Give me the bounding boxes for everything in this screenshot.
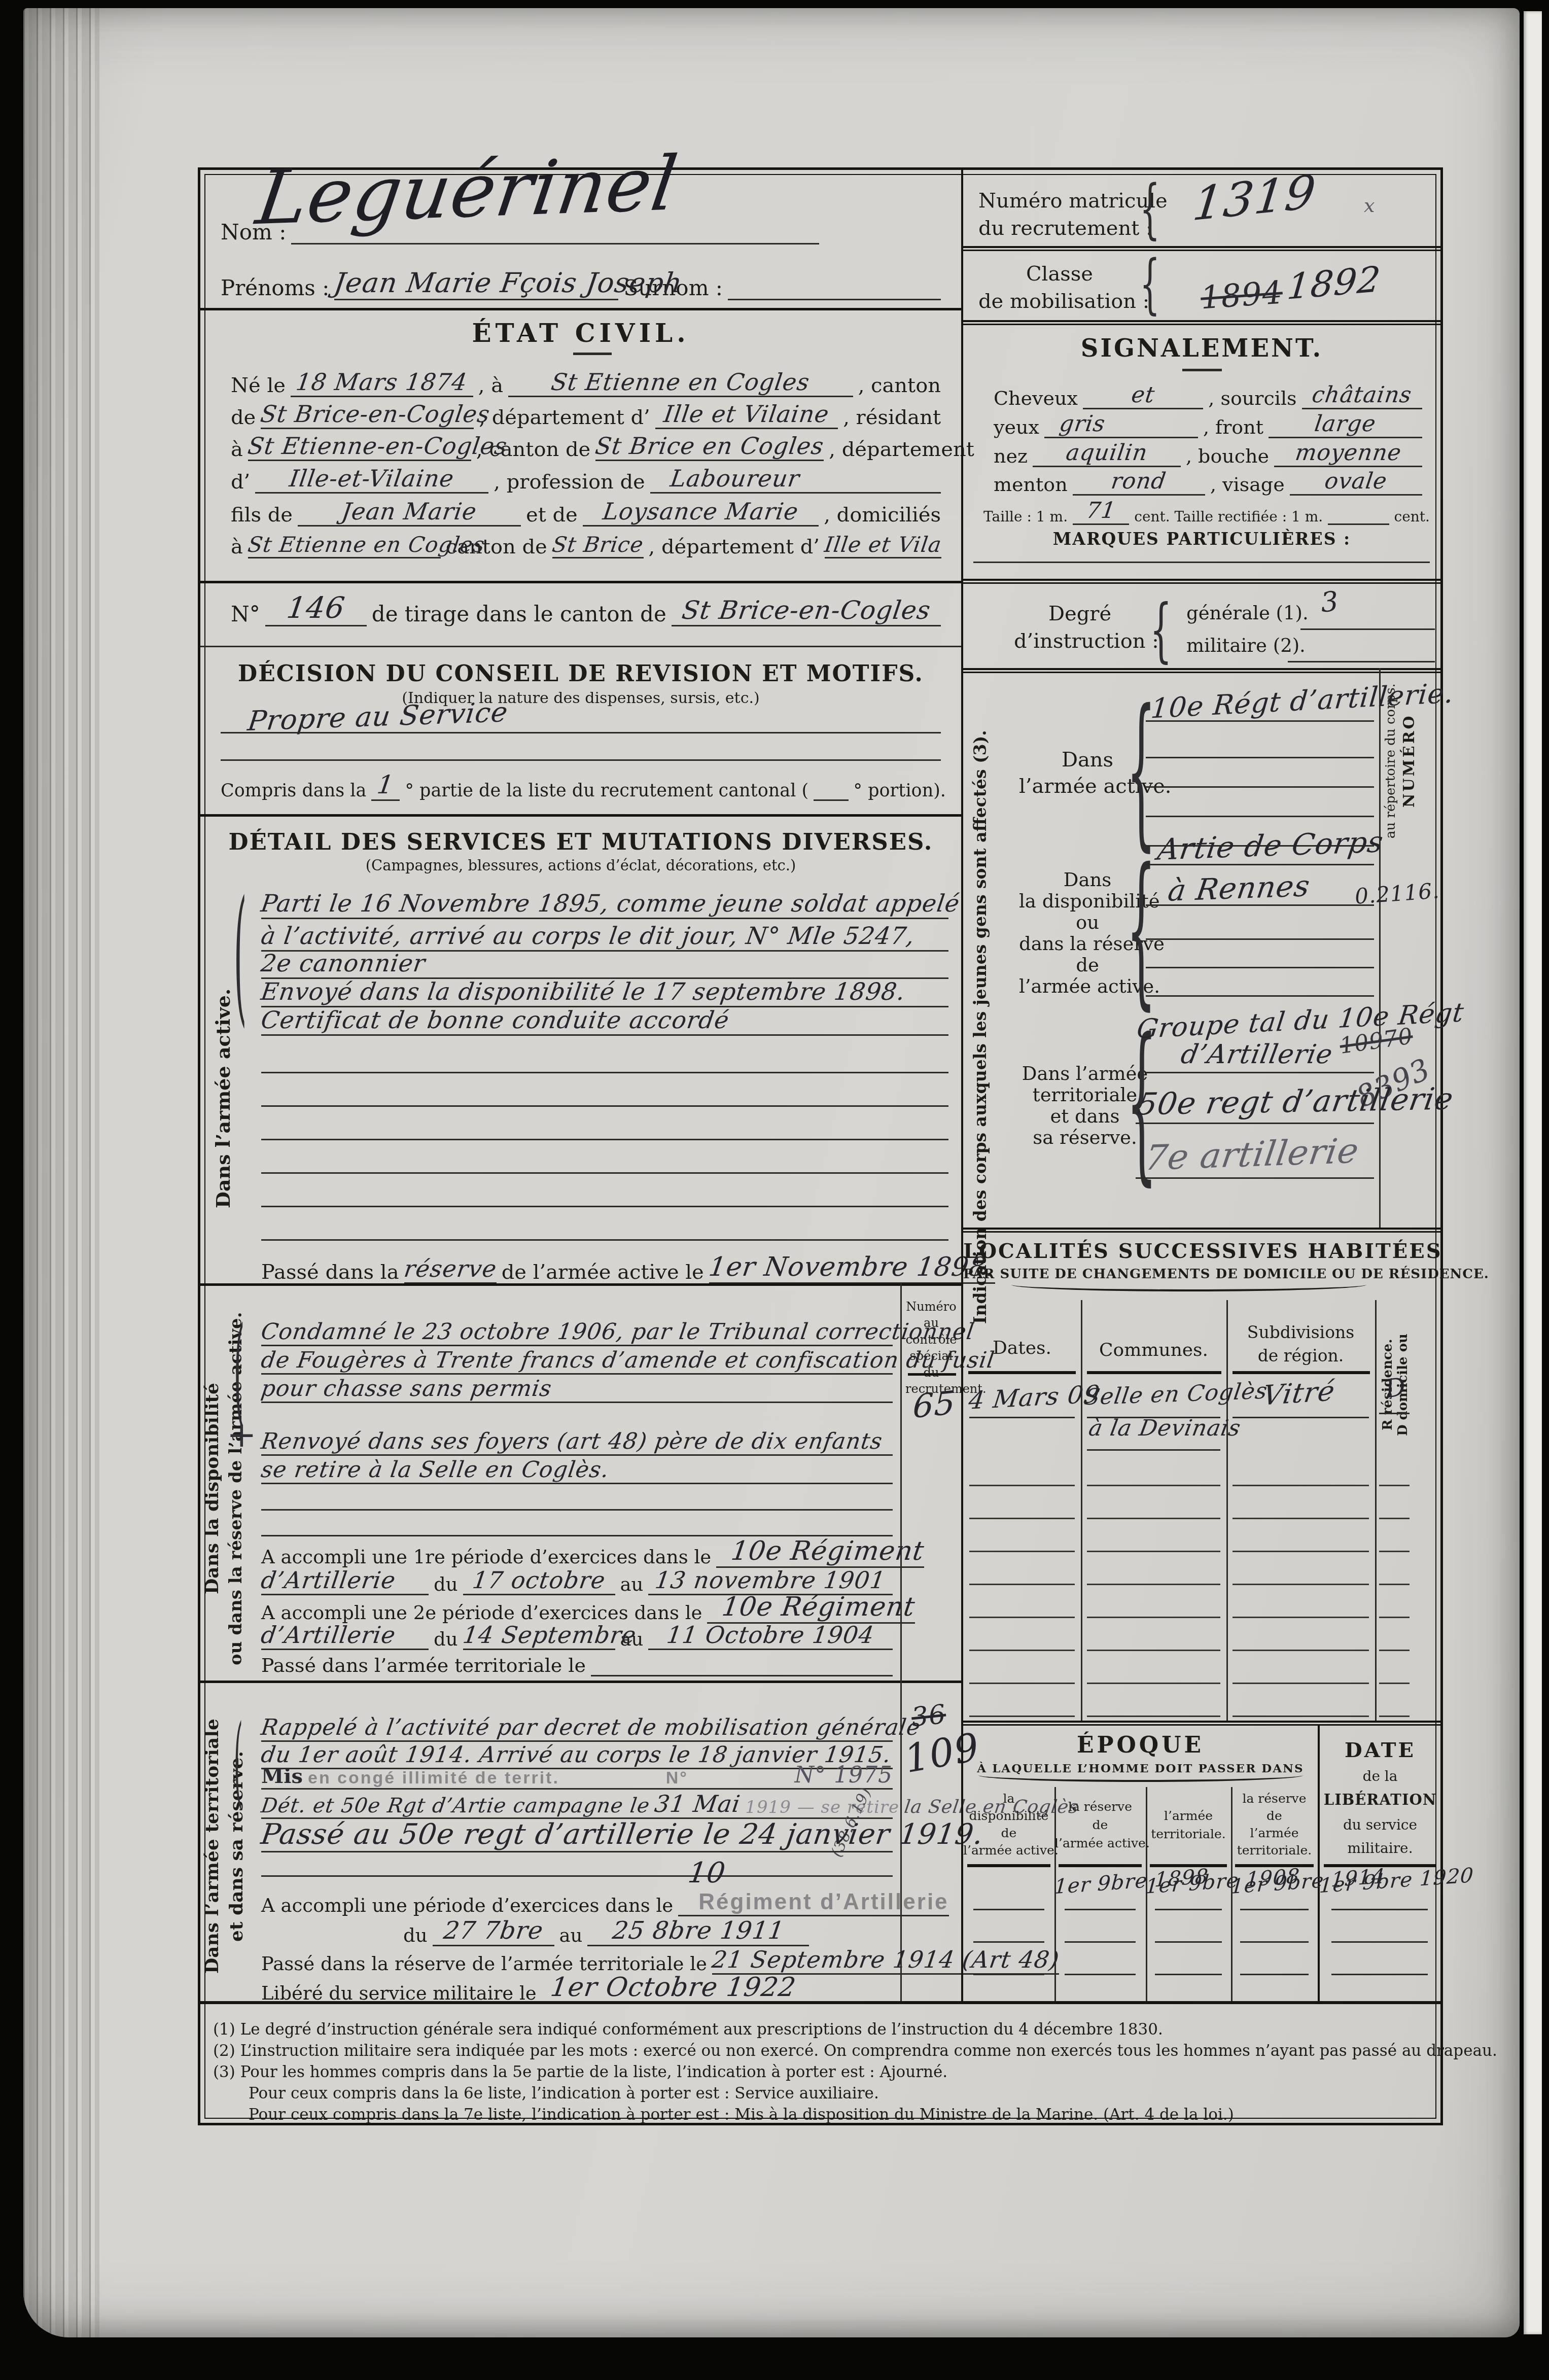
service-entry: 2e canonnier [259,950,427,977]
s3-periode-line2: du 27 7bre au 25 8bre 1911 [403,1919,809,1946]
dblrule [963,579,1440,584]
hrule-seg [1087,1371,1221,1374]
rule [973,1941,1044,1943]
section3-side-label-1: Dans l’armée territoriale [201,1697,226,1996]
menton-value: rond [1110,468,1168,494]
s1-line-5: Certificat de bonne conduite accordé [261,1007,948,1036]
rule [1155,1909,1222,1910]
s3-libere-line: Libéré du service militaire le 1er Octob… [261,1975,893,2004]
father-name: Jean Marie [340,498,478,525]
etat-line-4: d’ Ille-et-Vilaine , profession de Labou… [231,465,941,494]
tirage-number: 146 [285,590,347,625]
hrule-full [200,2001,1440,2004]
tirage-canton: St Brice-en-Cogles [680,596,933,625]
prenoms-value: Jean Marie Fçois Joseph [332,267,685,299]
corps-terr-value-1: Groupe tal du 10e Régt [1135,997,1466,1044]
date-col-title: DATE [1320,1738,1440,1762]
s2-line-4: Renvoyé dans ses foyers (art 48) père de… [261,1427,893,1456]
check-mark: x [1364,194,1375,217]
s1-line-3: 2e canonnier [261,950,948,979]
service-entry: Certificat de bonne conduite accordé [259,1006,731,1034]
decision-title: DÉCISION DU CONSEIL DE REVISION ET MOTIF… [200,661,961,687]
footnote-5: Pour ceux compris dans la 7e liste, l’in… [249,2106,1234,2124]
title-dash [573,353,612,355]
value: St Etienne-en-Cogles [248,432,471,461]
loc-row-dr: D [1383,1372,1408,1404]
bouche-label: , bouche [1186,445,1269,467]
nez-label: nez [994,445,1028,467]
localites-title: LOCALITÉS SUCCESSIVES HABITÉES [963,1239,1415,1263]
rule [1136,1177,1374,1179]
condamnation-entry: de Fougères à Trente francs d’amende et … [259,1347,996,1373]
corps-dispo-label-5: de [1039,954,1136,976]
compris-value-wrap: 1 [371,770,400,801]
etat-line-5: fils de Jean Marie et de Loysance Marie … [231,498,941,527]
residence: St Etienne-en-Cogles [246,432,509,460]
value: châtains [1302,382,1422,409]
rule [973,1974,1044,1975]
corps-dispo-label-1: Dans [1039,869,1136,891]
value: 11 Octobre 1904 [648,1621,893,1650]
sourcils-value: châtains [1311,382,1414,408]
regiment-2b: d’Artillerie [259,1621,398,1649]
label: du [434,1573,458,1595]
taille-row: Taille : 1 m. 71 cent. Taille rectifiée … [983,499,1430,525]
s3-periode-line: A accompli une période d’exercices dans … [261,1887,893,1916]
tirage-no-label: N° [231,602,260,626]
value: rond [1073,468,1205,496]
rule [1331,1974,1428,1975]
plus-mark: + [227,1414,257,1455]
cheveux-label: Cheveux [994,387,1078,409]
loc-row-commune-1: Selle en Coglès [1082,1378,1269,1410]
conge-stamp: en congé illimité de territ. [308,1768,559,1788]
instruction-brace: { [1150,595,1172,665]
epoque-col1-label: disponibilité [963,1808,1054,1823]
epoque-col4-label: de [1231,1808,1318,1823]
value: St Brice en Cogles [595,432,824,461]
epoque-col3-label: l’armée [1146,1808,1231,1823]
rule [1155,1974,1222,1975]
value: ovale [1290,468,1422,496]
title-dash [1182,369,1222,371]
loc-col-subdiv-1: Subdivisions [1226,1322,1375,1342]
instruction-label-2: d’instruction : [1014,629,1146,653]
birth-place: St Etienne en Cogles [550,368,812,396]
value: St Brice [552,532,644,558]
numero-repertoire-divider [1379,668,1381,1228]
rule [1288,661,1435,662]
profession: Laboureur [668,465,801,492]
tirage-canton-wrap: St Brice-en-Cogles [672,596,941,626]
front-label: , front [1203,416,1263,438]
value: 10 Régiment d’Artillerie [678,1857,948,1916]
label: ° portion). [854,781,946,801]
loc-blank-col3 [1233,1453,1369,1717]
tirage-line: N° 146 de tirage dans le canton de St Br… [231,595,941,626]
liberation-date: 1er Octobre 1922 [549,1972,798,2003]
value: Jean Marie [298,498,521,527]
canton: St Brice-en-Cogles [259,400,492,428]
blank-ruled-lines [1146,912,1374,998]
rule [1300,628,1435,630]
matricule-label-2: du recrutement : [978,217,1141,240]
domicile: St Etienne en Cogles [246,532,486,557]
loc-col-subdiv-2: de région. [1226,1346,1375,1366]
label: de [231,406,256,429]
classe-brace: { [1140,252,1160,317]
value: Ille-et-Vilaine [255,465,488,494]
regiment-number: 10 [686,1857,728,1889]
rule [1331,1941,1428,1943]
passe-reserve-date: 1er Novembre 1898. [707,1252,997,1282]
value: Loysance Marie [583,498,819,527]
label: , résidant [843,406,941,429]
hrule [200,814,961,817]
footnote-4: Pour ceux compris dans la 6e liste, l’in… [249,2084,879,2103]
rule [973,562,1430,563]
visage-label: , visage [1210,473,1285,496]
s1-line-1: Parti le 16 Novembre 1895, comme jeune s… [261,889,948,919]
epoque-col1-label: de [963,1826,1054,1840]
section3-brace: ( [234,1712,243,1811]
departement-3: Ille et Vila [823,532,943,557]
rule [1233,1417,1369,1418]
label: au [620,1573,644,1595]
right-column: Numéro matricule du recrutement : { 1319… [963,170,1440,2001]
passe-50e-entry: Passé au 50e regt d’artillerie le 24 jan… [259,1818,985,1851]
yeux-label: yeux [994,416,1039,438]
value: St Brice-en-Cogles [261,400,474,429]
front-value: large [1313,411,1378,437]
hrule [200,1283,961,1286]
value: 71 [1073,498,1129,525]
loc-col-divider-1 [1081,1300,1082,1721]
s3-line-1: Rappelé à l’activité par decret de mobil… [261,1713,893,1742]
value: aquilin [1033,440,1181,467]
blank-ruled-lines [261,1485,893,1537]
sig-row-3: nez aquilin , bouche moyenne [994,440,1422,467]
menton-label: menton [994,473,1068,496]
corps-dispo-value-2: à Rennes [1166,868,1312,908]
dblrule [963,1228,1440,1233]
classe-value: 1892 [1285,258,1383,308]
epoque-col1-label: la [963,1791,1054,1806]
epoque-col3-label: territoriale. [1146,1827,1231,1841]
value: 10e Régiment [716,1536,924,1568]
rule [1331,1909,1428,1910]
s2-line-2: de Fougères à Trente francs d’amende et … [261,1346,893,1375]
corps-terr-value-4: 7e artillerie [1142,1131,1361,1179]
rule [973,1909,1044,1910]
departement-2: Ille-et-Vilaine [288,465,456,492]
stamp-no: N° [666,1768,688,1788]
matricule-value: 1319 [1190,165,1319,231]
matricule-form: Leguérinel Nom : Prénoms : Jean Marie Fç… [198,167,1443,2125]
dblrule [963,668,1440,673]
matricule-brace: { [1140,177,1160,241]
rule [1065,1974,1136,1975]
periode-end: 25 8bre 1911 [611,1916,786,1945]
etat-line-2: de St Brice-en-Cogles , département d’ I… [231,401,941,429]
hrule-seg [967,1864,1050,1867]
value: réserve [404,1255,497,1284]
renvoi-entry: se retire à la Selle en Coglès. [259,1457,611,1483]
rule [1379,1413,1410,1414]
loc-blank-col1 [969,1453,1075,1717]
departement: Ille et Vilaine [662,400,831,428]
label: A accompli une 1re période d’exercices d… [261,1546,711,1568]
corps-dispo-value-1: Artie de Corps [1155,824,1386,866]
localites-subtitle: PAR SUITE DE CHANGEMENTS DE DOMICILE OU … [963,1267,1415,1282]
value: Ille et Vilaine [655,400,838,429]
footnote-2: (2) L’instruction militaire sera indiqué… [213,2042,1497,2060]
date-col-label: du service [1320,1816,1440,1833]
scanned-register-page: Leguérinel Nom : Prénoms : Jean Marie Fç… [0,0,1549,2380]
detachement-entry: Dét. et 50e Rgt d’Artie campagne le [260,1794,651,1817]
section2-side-label-1: Dans la disponibilité [201,1306,226,1671]
rule [1087,1449,1220,1451]
value: large [1269,411,1422,438]
epoque-subtitle: À LAQUELLE L’HOMME DOIT PASSER DANS [963,1762,1318,1775]
tirage-value-wrap: 146 [265,590,367,626]
rule [200,646,961,647]
periode2-end: 11 Octobre 1904 [665,1621,876,1649]
signalement-title: SIGNALEMENT. [963,334,1440,363]
yeux-value: gris [1058,411,1107,437]
s2-passe-terr-line: Passé dans l’armée territoriale le [261,1650,893,1676]
blank-rule [591,1675,893,1676]
epoque-col4-label: la réserve [1231,1791,1318,1806]
dblrule [963,1721,1440,1726]
faded-text: 1919 — se retire [745,1797,899,1817]
bouche-value: moyenne [1293,440,1403,466]
s3-stamp-line: Mis en congé illimité de territ. N° N° 1… [261,1764,893,1790]
periode-start: 27 7bre [442,1916,545,1945]
value: 10e Régiment [707,1592,915,1624]
s2-periode2-line2: d’Artillerie du 14 Septembre au 11 Octob… [261,1623,893,1650]
s3-line-3: Dét. et 50e Rgt d’Artie campagne le 31 M… [261,1789,893,1819]
label: et de [526,503,578,527]
label: Compris dans la [221,781,366,801]
corps-dispo-label-3: ou [1039,912,1136,933]
services-title: DÉTAIL DES SERVICES ET MUTATIONS DIVERSE… [200,828,961,855]
canton-3: St Brice [550,532,645,557]
regiment-1b: d’Artillerie [259,1566,398,1594]
generale-value: 3 [1319,585,1340,619]
hrule [200,581,961,583]
service-entry: Envoyé dans la disponibilité le 17 septe… [259,978,907,1006]
instruction-label-1: Degré [1024,602,1136,625]
matricule-label-1: Numéro matricule [978,189,1141,213]
canton-2: St Brice en Cogles [593,432,826,460]
s3-passe-line: Passé dans la réserve de l’armée territo… [261,1946,893,1975]
periode1-start: 17 octobre [471,1566,607,1594]
label: à [231,438,243,461]
rule [1146,1072,1374,1073]
tirage-text: de tirage dans le canton de [372,602,666,626]
value: 25 8bre 1911 [587,1916,809,1946]
label: Passé dans la [261,1261,399,1284]
label: d’ [231,470,250,494]
rule [1240,1909,1309,1910]
label: , département d’ [479,406,650,429]
section1-brace: ( [234,881,247,1028]
s1-passe-line: Passé dans la réserve de l’armée active … [261,1254,948,1284]
label: A accompli une 2e période d’exercices da… [261,1602,702,1624]
loc-blank-col4 [1379,1453,1410,1717]
taille-label: Taille : 1 m. [983,508,1068,525]
value: 14 Septembre [463,1621,615,1650]
rule [1087,1417,1220,1418]
label: au [559,1924,583,1946]
label: , profession de [494,470,645,494]
loc-col-communes: Communes. [1081,1340,1226,1360]
loc-row-subdiv: Vitré [1261,1375,1337,1412]
epoque-col4-label: territoriale. [1231,1843,1318,1858]
mother-name: Loysance Marie [601,498,800,525]
epoque-title: ÉPOQUE [963,1732,1318,1758]
classe-label-1: Classe [978,262,1141,286]
regiment-2: 10e Régiment [720,1592,917,1622]
cent-label: cent. [1394,508,1430,525]
epoque-col4-label: l’armée [1231,1826,1318,1840]
rule [969,1417,1075,1418]
value: moyenne [1274,440,1422,467]
decorative-swash [1011,1283,1366,1291]
rule [221,732,941,733]
label: , domiciliés [824,503,941,527]
loc-row-commune-2: à la Devinais [1087,1415,1243,1441]
detachement-date: 31 Mai [653,1790,742,1817]
book-binding-edge [23,8,99,2337]
s1-line-2: à l’activité, arrivé au corps le dit jou… [261,922,948,952]
taille-rectifiee-label: cent. Taille rectifiée : 1 m. [1134,508,1323,525]
numero-controle-value: 65 [912,1384,956,1426]
rule [1146,720,1374,722]
rule [1065,1941,1136,1943]
rule [221,759,941,761]
etat-civil-title: ÉTAT CIVIL. [200,318,961,348]
s3-line-4: Passé au 50e regt d’artillerie le 24 jan… [261,1819,893,1852]
sig-row-2: yeux gris , front large [994,411,1422,438]
footnote-1: (1) Le degré d’instruction générale sera… [213,2020,1163,2039]
nez-value: aquilin [1064,440,1149,466]
service-entry: à l’activité, arrivé au corps le dit jou… [259,922,917,950]
marques-title: MARQUES PARTICULIÈRES : [963,529,1440,549]
value: 18 Mars 1874 [291,368,473,397]
periode2-start: 14 Septembre [461,1621,638,1649]
s2-line-5: se retire à la Selle en Coglès. [261,1455,893,1484]
label: fils de [231,503,293,527]
hrule-short [908,1373,956,1376]
s2-line-3: pour chasse sans permis [261,1374,893,1403]
rule [1146,904,1374,906]
taille-value: 71 [1084,498,1117,523]
condamnation-entry: pour chasse sans permis [259,1376,553,1402]
value: et [1083,382,1203,409]
regiment-1: 10e Régiment [729,1536,926,1566]
rule [1146,864,1374,865]
taille-rectifiee-blank [1328,523,1389,525]
epoque-col2-label: de [1054,1817,1146,1832]
label: Passé dans l’armée territoriale le [261,1654,586,1676]
militaire-label: militaire (2). [1186,635,1306,656]
surnom-rule [728,299,941,300]
rule [1240,1941,1309,1943]
loc-col-divider-3 [1375,1300,1377,1721]
adjacent-page-edge [1524,11,1542,2334]
epoque-col2-label: la réserve [1054,1799,1146,1814]
stamp-overwrite: Mis [261,1764,303,1788]
value: 1er Octobre 1922 [542,1972,805,2004]
label: du [434,1628,458,1650]
dblrule [963,246,1440,251]
label: , département [829,438,974,461]
epoque-col1-label: l’armée active. [963,1843,1054,1858]
label: , département d’ [649,535,820,558]
dblrule [963,320,1440,325]
value: St Etienne en Cogles [508,368,853,397]
stamp-number: N° 1975 [795,1762,893,1788]
decorative-swash [978,1774,1303,1782]
value: St Etienne en Cogles [248,532,441,558]
value: d’Artillerie [261,1566,429,1595]
classe-label-2: de mobilisation : [978,290,1141,313]
s2-periode1-line: A accompli une 1re période d’exercices d… [261,1539,893,1568]
loc-col-dates: Dates. [963,1338,1081,1358]
s1-line-4: Envoyé dans la disponibilité le 17 septe… [261,978,948,1007]
portion-blank [814,799,848,801]
label: A accompli une période d’exercices dans … [261,1895,673,1916]
date-col-label: militaire. [1320,1840,1440,1857]
value: 13 novembre 1901 [648,1566,893,1595]
compris-line: Compris dans la 1 ° partie de la liste d… [221,773,946,801]
nom-label: Nom : [221,220,286,244]
corps-active-label-1: Dans [1039,748,1136,772]
hrule-seg [1233,1371,1370,1374]
rule [1065,1909,1136,1910]
label: , canton [858,374,941,397]
hrule-seg [968,1371,1076,1374]
section2-brace: ( [234,1312,244,1431]
rule [1136,1123,1374,1124]
passe-reserve-word: réserve [402,1255,499,1282]
s2-periode1-line2: d’Artillerie du 17 octobre au 13 novembr… [261,1568,893,1595]
cheveux-value: et [1130,382,1156,408]
sig-row-1: Cheveux et , sourcils châtains [994,382,1422,409]
value: Laboureur [650,465,941,494]
prenoms-line: Prénoms : Jean Marie Fçois Joseph Surnom… [221,269,941,300]
value: Ille et Vila [825,532,941,558]
compris-value: 1 [375,770,396,799]
etat-line-1: Né le 18 Mars 1874 , à St Etienne en Cog… [231,369,941,397]
label: , à [478,374,503,397]
label: Né le [231,374,286,397]
corps-terr-value-2: d’Artillerie [1179,1039,1335,1070]
renvoi-entry: Renvoyé dans ses foyers (art 48) père de… [259,1428,884,1454]
footnote-3: (3) Pour les hommes compris dans la 5e p… [213,2063,947,2081]
sig-row-4: menton rond , visage ovale [994,468,1422,496]
hrule [200,308,961,310]
s2-periode2-line: A accompli une 2e période d’exercices da… [261,1595,893,1624]
label: à [231,535,243,558]
condamnation-entry: Condamné le 23 octobre 1906, par le Trib… [259,1319,976,1345]
classe-old-value: 1894 [1200,273,1284,316]
services-subtitle: (Campagnes, blessures, actions d’éclat, … [200,857,961,874]
loc-blank-col2 [1087,1453,1220,1717]
epoque-date-divider [1318,1726,1320,2001]
